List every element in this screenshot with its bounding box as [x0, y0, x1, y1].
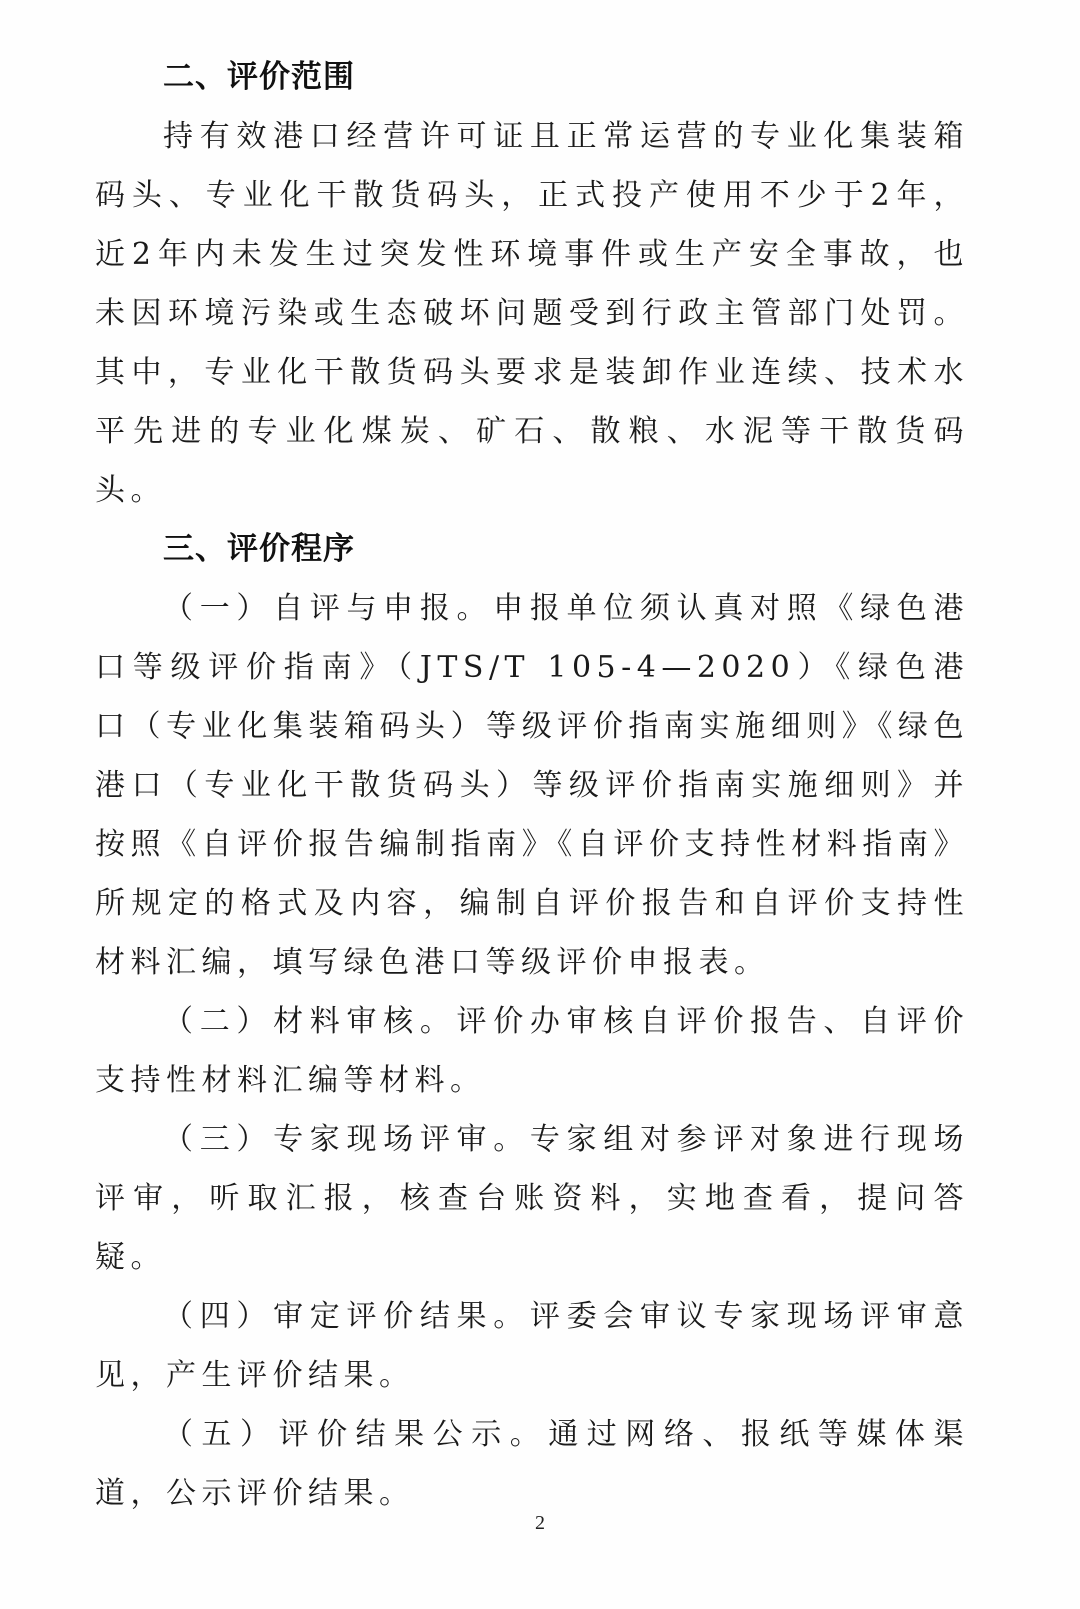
paragraph-result-approval: （四）审定评价结果。评委会审议专家现场评审意见，产生评价结果。 [95, 1287, 969, 1405]
paragraph-expert-review: （三）专家现场评审。专家组对参评对象进行现场评审，听取汇报，核查台账资料，实地查… [95, 1110, 969, 1287]
section-heading-scope: 二、评价范围 [95, 48, 969, 107]
document-body: 二、评价范围 持有效港口经营许可证且正常运营的专业化集装箱码头、专业化干散货码头… [95, 48, 969, 1523]
paragraph-result-publicity: （五）评价结果公示。通过网络、报纸等媒体渠道，公示评价结果。 [95, 1405, 969, 1523]
section-heading-procedure: 三、评价程序 [95, 520, 969, 579]
paragraph-self-evaluation: （一）自评与申报。申报单位须认真对照《绿色港口等级评价指南》（JTS/T 105… [95, 579, 969, 992]
document-page: 二、评价范围 持有效港口经营许可证且正常运营的专业化集装箱码头、专业化干散货码头… [0, 0, 1080, 1609]
paragraph-scope: 持有效港口经营许可证且正常运营的专业化集装箱码头、专业化干散货码头，正式投产使用… [95, 107, 969, 520]
page-number: 2 [0, 1512, 1080, 1535]
paragraph-material-review: （二）材料审核。评价办审核自评价报告、自评价支持性材料汇编等材料。 [95, 992, 969, 1110]
